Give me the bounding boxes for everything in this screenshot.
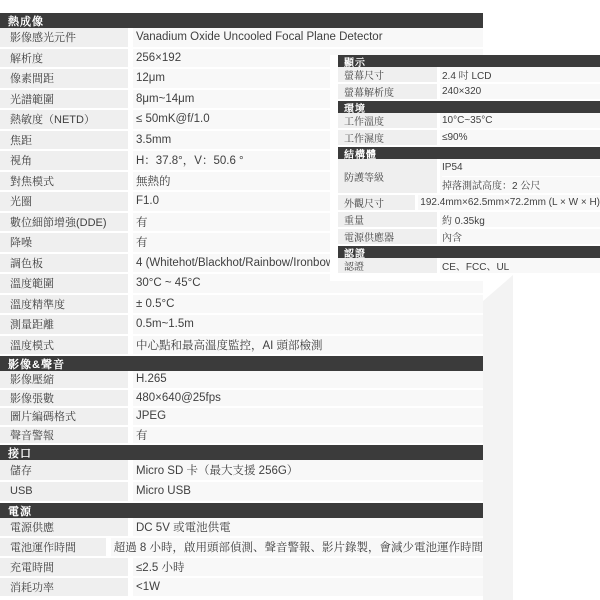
spec-label: 螢幕解析度 — [338, 84, 437, 101]
spec-value-line: 192.4mm×62.5mm×72.2mm (L × W × H) — [420, 195, 600, 210]
spec-row: 圖片編碼格式JPEG — [0, 408, 483, 427]
spec-row: 消耗功率<1W — [0, 578, 483, 598]
spec-value: 約 0.35kg — [440, 212, 600, 229]
spec-row: 防護等級IP54掉落測試高度：2 公尺 — [338, 159, 600, 195]
section-header: 影像&聲音 — [0, 356, 483, 371]
spec-value-line: 240×320 — [442, 84, 600, 99]
spec-value-line: IP54 — [442, 159, 600, 177]
section-header: 顯示 — [338, 55, 600, 67]
spec-label: 影像張數 — [0, 390, 128, 409]
spec-row: 螢幕尺寸2.4 吋 LCD — [338, 67, 600, 84]
spec-row: 聲音警報有 — [0, 427, 483, 446]
spec-value-line: ± 0.5°C — [136, 295, 483, 314]
spec-value-line: Vanadium Oxide Uncooled Focal Plane Dete… — [136, 28, 483, 47]
spec-value: ± 0.5°C — [133, 295, 483, 316]
spec-label: 溫度範圍 — [0, 274, 128, 295]
spec-value-line: CE、FCC、UL — [442, 258, 600, 273]
spec-row: 工作濕度≤90% — [338, 130, 600, 147]
page-shadow-artifact — [483, 275, 513, 600]
spec-value-line: ≤90% — [442, 130, 600, 145]
spec-value: 有 — [133, 427, 483, 446]
spec-label: 充電時間 — [0, 558, 128, 578]
spec-value-line: 約 0.35kg — [442, 212, 600, 227]
spec-label: 防護等級 — [338, 159, 437, 195]
spec-label: 溫度精準度 — [0, 295, 128, 316]
spec-label: 外觀尺寸 — [338, 195, 415, 212]
spec-label: 儲存 — [0, 460, 128, 482]
spec-row: 影像感光元件Vanadium Oxide Uncooled Focal Plan… — [0, 28, 483, 49]
spec-value: 480×640@25fps — [133, 390, 483, 409]
spec-label: 螢幕尺寸 — [338, 67, 437, 84]
spec-value: 10°C~35°C — [440, 113, 600, 130]
spec-label: 工作溫度 — [338, 113, 437, 130]
spec-label: 影像壓縮 — [0, 371, 128, 390]
spec-value: 中心點和最高溫度監控，AI 頭部檢測 — [133, 336, 483, 357]
section-header: 結構體 — [338, 147, 600, 159]
spec-value: Micro SD 卡（最大支援 256G） — [133, 460, 483, 482]
spec-value: H.265 — [133, 371, 483, 390]
spec-section: 認證認證CE、FCC、UL — [338, 246, 600, 275]
spec-label: 電源供應 — [0, 518, 128, 538]
spec-row: 測量距離0.5m~1.5m — [0, 315, 483, 336]
spec-section: 電源電源供應DC 5V 或電池供電電池運作時間超過 8 小時，啟用頭部偵測、聲音… — [0, 503, 483, 598]
spec-row: 螢幕解析度240×320 — [338, 84, 600, 101]
spec-section: 結構體防護等級IP54掉落測試高度：2 公尺外觀尺寸192.4mm×62.5mm… — [338, 147, 600, 246]
spec-row: 電源供應DC 5V 或電池供電 — [0, 518, 483, 538]
spec-value: IP54掉落測試高度：2 公尺 — [440, 159, 600, 195]
spec-value: 240×320 — [440, 84, 600, 101]
spec-section: 影像&聲音影像壓縮H.265影像張數480×640@25fps圖片編碼格式JPE… — [0, 356, 483, 445]
spec-value: 超過 8 小時，啟用頭部偵測、聲音警報、影片錄製，會減少電池運作時間 — [111, 538, 483, 558]
spec-label: 圖片編碼格式 — [0, 408, 128, 427]
section-header: 認證 — [338, 246, 600, 258]
spec-row: USBMicro USB — [0, 482, 483, 504]
spec-value: 2.4 吋 LCD — [440, 67, 600, 84]
spec-value: 內含 — [440, 229, 600, 246]
spec-value: DC 5V 或電池供電 — [133, 518, 483, 538]
spec-row: 溫度模式中心點和最高溫度監控，AI 頭部檢測 — [0, 336, 483, 357]
spec-row: 重量約 0.35kg — [338, 212, 600, 229]
spec-value-line: DC 5V 或電池供電 — [136, 518, 483, 536]
spec-value-line: 2.4 吋 LCD — [442, 67, 600, 82]
spec-value-line: 480×640@25fps — [136, 390, 483, 407]
spec-value-line: Micro SD 卡（最大支援 256G） — [136, 460, 483, 480]
spec-label: 重量 — [338, 212, 437, 229]
spec-value-line: 中心點和最高溫度監控，AI 頭部檢測 — [136, 336, 483, 355]
spec-value-line: 0.5m~1.5m — [136, 315, 483, 334]
spec-row: 影像張數480×640@25fps — [0, 390, 483, 409]
section-header: 接口 — [0, 445, 483, 460]
spec-value: 0.5m~1.5m — [133, 315, 483, 336]
spec-row: 電源供應器內含 — [338, 229, 600, 246]
spec-value-line: 10°C~35°C — [442, 113, 600, 128]
spec-value: Vanadium Oxide Uncooled Focal Plane Dete… — [133, 28, 483, 49]
spec-label: 解析度 — [0, 49, 128, 70]
spec-section: 接口儲存Micro SD 卡（最大支援 256G）USBMicro USB — [0, 445, 483, 503]
section-header: 熱成像 — [0, 13, 483, 28]
spec-value: 192.4mm×62.5mm×72.2mm (L × W × H) — [418, 195, 600, 212]
spec-value-line: 掉落測試高度：2 公尺 — [442, 177, 600, 194]
spec-label: 影像感光元件 — [0, 28, 128, 49]
spec-label: 光譜範圍 — [0, 90, 128, 111]
right-spec-table: 顯示螢幕尺寸2.4 吋 LCD螢幕解析度240×320環境工作溫度10°C~35… — [338, 55, 600, 275]
spec-value: CE、FCC、UL — [440, 258, 600, 275]
spec-label: 熱敏度（NETD） — [0, 110, 128, 131]
spec-value: ≤2.5 小時 — [133, 558, 483, 578]
spec-value: JPEG — [133, 408, 483, 427]
spec-row: 溫度精準度± 0.5°C — [0, 295, 483, 316]
spec-value-line: 內含 — [442, 229, 600, 244]
spec-value-line: 超過 8 小時，啟用頭部偵測、聲音警報、影片錄製，會減少電池運作時間 — [114, 538, 483, 556]
spec-label: 調色板 — [0, 254, 128, 275]
spec-label: 對焦模式 — [0, 172, 128, 193]
spec-row: 充電時間≤2.5 小時 — [0, 558, 483, 578]
spec-label: 電源供應器 — [338, 229, 437, 246]
spec-row: 影像壓縮H.265 — [0, 371, 483, 390]
spec-label: 工作濕度 — [338, 130, 437, 147]
spec-value-line: ≤2.5 小時 — [136, 558, 483, 576]
spec-row: 認證CE、FCC、UL — [338, 258, 600, 275]
spec-label: 認證 — [338, 258, 437, 275]
spec-value: ≤90% — [440, 130, 600, 147]
spec-section: 顯示螢幕尺寸2.4 吋 LCD螢幕解析度240×320 — [338, 55, 600, 101]
spec-label: 焦距 — [0, 131, 128, 152]
spec-label: 消耗功率 — [0, 578, 128, 598]
spec-label: 視角 — [0, 151, 128, 172]
spec-value-line: <1W — [136, 578, 483, 596]
spec-row: 外觀尺寸192.4mm×62.5mm×72.2mm (L × W × H) — [338, 195, 600, 212]
spec-value-line: H.265 — [136, 371, 483, 388]
spec-value-line: 有 — [136, 427, 483, 444]
spec-label: 光圈 — [0, 192, 128, 213]
spec-section: 環境工作溫度10°C~35°C工作濕度≤90% — [338, 101, 600, 147]
spec-label: 測量距離 — [0, 315, 128, 336]
spec-value: <1W — [133, 578, 483, 598]
right-spec-table-overlay: 顯示螢幕尺寸2.4 吋 LCD螢幕解析度240×320環境工作溫度10°C~35… — [330, 55, 600, 281]
spec-row: 電池運作時間超過 8 小時，啟用頭部偵測、聲音警報、影片錄製，會減少電池運作時間 — [0, 538, 483, 558]
spec-row: 儲存Micro SD 卡（最大支援 256G） — [0, 460, 483, 482]
spec-label: 數位細節增強(DDE) — [0, 213, 128, 234]
spec-value-line: JPEG — [136, 408, 483, 425]
spec-value-line: Micro USB — [136, 482, 483, 502]
section-header: 電源 — [0, 503, 483, 518]
spec-row: 工作溫度10°C~35°C — [338, 113, 600, 130]
spec-value: Micro USB — [133, 482, 483, 504]
spec-label: 電池運作時間 — [0, 538, 106, 558]
spec-label: 溫度模式 — [0, 336, 128, 357]
section-header: 環境 — [338, 101, 600, 113]
spec-label: 聲音警報 — [0, 427, 128, 446]
spec-label: 降噪 — [0, 233, 128, 254]
spec-label: 像素間距 — [0, 69, 128, 90]
spec-label: USB — [0, 482, 128, 504]
